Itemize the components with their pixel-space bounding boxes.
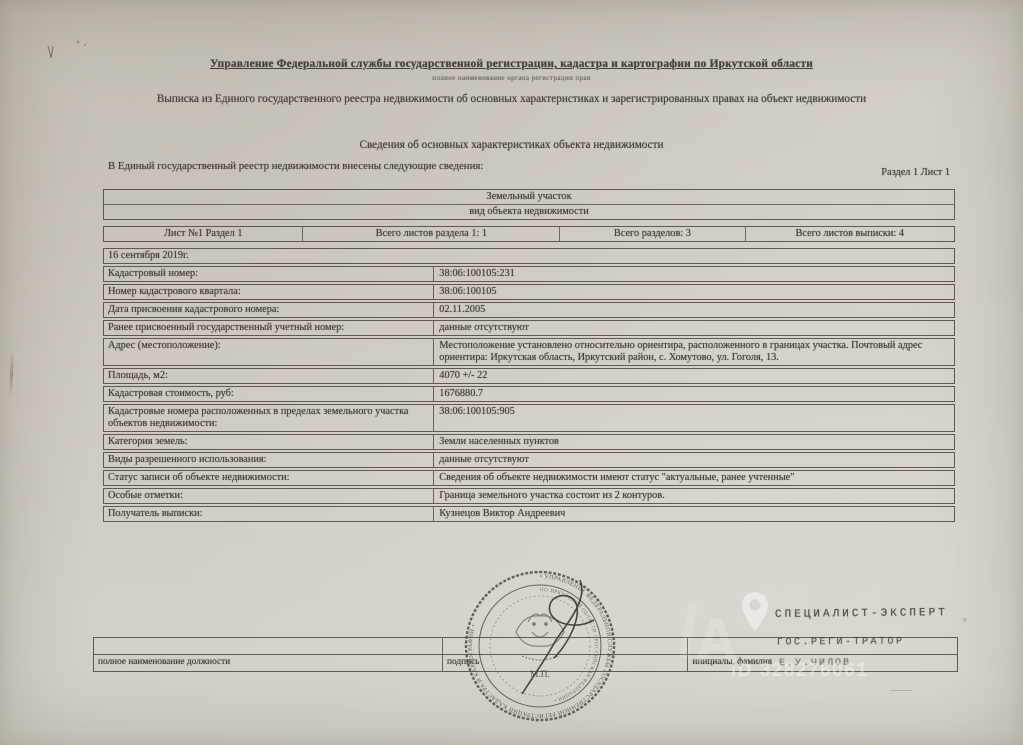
sheet-counter-cell: Всего листов выписки: 4 — [745, 227, 954, 241]
registrar-initials-stamp-text: Е.У.ЧИЛОВ — [779, 658, 851, 670]
row-value: Сведения об объекте недвижимости имеют с… — [433, 471, 954, 485]
position-caption: полное наименование должности — [94, 655, 442, 671]
object-kind: Земельный участок — [104, 190, 954, 205]
object-characteristics-table: Земельный участок вид объекта недвижимос… — [103, 189, 955, 522]
row-label: Адрес (местоположение): — [104, 339, 433, 365]
row-label: Кадастровые номера расположенных в преде… — [104, 405, 433, 431]
specialist-expert-stamp-text: СПЕЦИАЛИСТ-ЭКСПЕРТ — [775, 607, 948, 621]
section-page-label: Раздел 1 Лист 1 — [881, 167, 950, 178]
row-label: Номер кадастрового квартала: — [104, 285, 433, 299]
row-value: 38:06:100105:231 — [433, 267, 954, 281]
ink-speck: × — [962, 615, 967, 625]
row-label: Виды разрешенного использования: — [104, 453, 433, 467]
object-kind-caption: вид объекта недвижимости — [104, 205, 954, 219]
extract-date-row: 16 сентября 2019г. — [103, 248, 955, 264]
map-pin-icon — [742, 592, 768, 631]
row-label: Особые отметки: — [104, 489, 433, 503]
authority-caption: полное наименование органа регистрации п… — [0, 74, 1023, 82]
sheet-counter-cell: Лист №1 Раздел 1 — [104, 227, 302, 241]
paper-crease — [9, 350, 14, 398]
object-rows: Кадастровый номер:38:06:100105:231Номер … — [103, 266, 955, 522]
table-row: Дата присвоения кадастрового номера:02.1… — [103, 302, 955, 318]
table-row: Кадастровая стоимость, руб:1676880.7 — [103, 386, 955, 402]
row-label: Кадастровый номер: — [104, 267, 433, 281]
signature-position-cell — [94, 638, 442, 654]
row-value: 1676880.7 — [433, 387, 954, 401]
pen-mark-artifact — [38, 36, 98, 66]
table-row: Особые отметки:Граница земельного участк… — [103, 488, 955, 504]
signature-sign-cell — [442, 638, 687, 654]
sheet-counter-cell: Всего листов раздела 1: 1 — [302, 227, 559, 241]
table-row: Адрес (местоположение):Местоположение ус… — [103, 338, 955, 366]
row-value: Кузнецов Виктор Андреевич — [433, 507, 954, 521]
row-value: Граница земельного участка состоит из 2 … — [433, 489, 954, 503]
table-row: Виды разрешенного использования:данные о… — [103, 452, 955, 468]
table-row: Кадастровые номера расположенных в преде… — [103, 404, 955, 432]
row-label: Получатель выписки: — [104, 507, 433, 521]
table-row: Номер кадастрового квартала:38:06:100105 — [103, 284, 955, 300]
section-title: Сведения об основных характеристиках объ… — [0, 139, 1023, 151]
row-label: Площадь, м2: — [104, 369, 433, 383]
row-value: данные отсутствуют — [433, 453, 954, 467]
row-value: 4070 +/- 22 — [433, 369, 954, 383]
table-row: Площадь, м2:4070 +/- 22 — [103, 368, 955, 384]
object-kind-box: Земельный участок вид объекта недвижимос… — [103, 189, 955, 220]
table-row: Ранее присвоенный государственный учетны… — [103, 320, 955, 336]
row-label: Статус записи об объекте недвижимости: — [104, 471, 433, 485]
gos-registrator-stamp-text: ГОС.РЕГИ-ТРАТОР — [777, 637, 905, 649]
authority-title: Управление Федеральной службы государств… — [0, 58, 1023, 70]
row-label: Кадастровая стоимость, руб: — [104, 387, 433, 401]
table-row: Получатель выписки:Кузнецов Виктор Андре… — [103, 506, 955, 522]
row-value: 38:06:100105:905 — [433, 405, 954, 431]
sheet-counter-cell: Всего разделов: 3 — [559, 227, 744, 241]
row-value: 02.11.2005 — [433, 303, 954, 317]
sign-caption: подпись — [442, 655, 687, 671]
scan-line-artifact — [890, 690, 912, 691]
document-title: Выписка из Единого государственного реес… — [0, 93, 1023, 105]
table-row: Кадастровый номер:38:06:100105:231 — [103, 266, 955, 282]
row-label: Категория земель: — [104, 435, 433, 449]
row-value: 38:06:100105 — [433, 285, 954, 299]
row-label: Дата присвоения кадастрового номера: — [104, 303, 433, 317]
row-label: Ранее присвоенный государственный учетны… — [104, 321, 433, 335]
intro-line: В Единый государственный реестр недвижим… — [108, 160, 483, 172]
row-value: Местоположение установлено относительно … — [433, 339, 954, 365]
table-row: Статус записи об объекте недвижимости:Св… — [103, 470, 955, 486]
row-value: данные отсутствуют — [433, 321, 954, 335]
row-value: Земли населенных пунктов — [433, 435, 954, 449]
sheet-counters-row: Лист №1 Раздел 1Всего листов раздела 1: … — [103, 226, 955, 242]
table-row: Категория земель:Земли населенных пункто… — [103, 434, 955, 450]
scanned-document-page: Управление Федеральной службы государств… — [0, 0, 1023, 745]
